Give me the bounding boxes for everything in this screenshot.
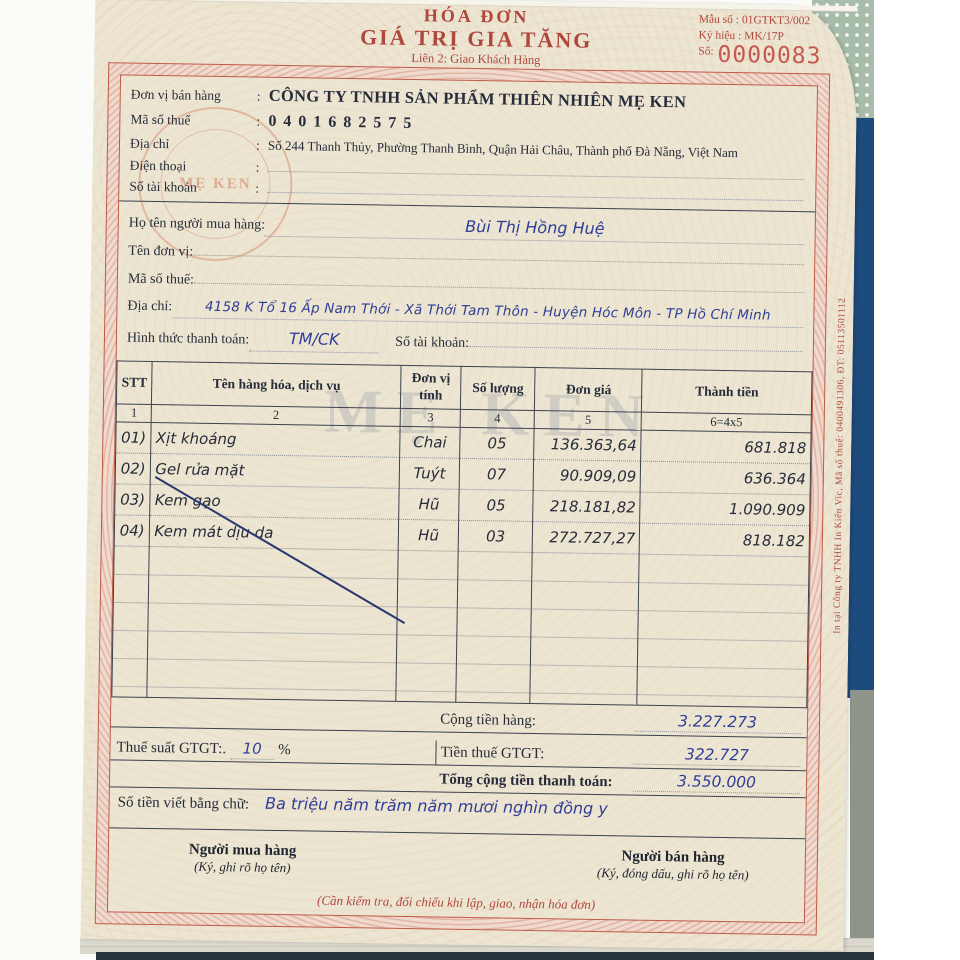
buyer-address-handwritten: 4158 K Tổ 16 Ấp Nam Thới - Xã Thới Tam T… <box>205 299 771 324</box>
colon: : <box>255 156 267 178</box>
buyer-signature-title: Người mua hàng <box>189 842 297 861</box>
table-surface-strip <box>96 952 874 960</box>
seller-phone-label: Điện thoại <box>130 154 256 178</box>
seller-tax-code: 0401682575 <box>268 109 418 137</box>
invoice-frame-inner: MẸ KEN MẸ KEN Đơn vị bán hàng : CÔNG TY … <box>107 74 818 923</box>
signature-section: Người mua hàng (Ký, ghi rõ họ tên) Người… <box>109 829 806 885</box>
item-unit: Chai <box>400 427 460 459</box>
item-unit: Hũ <box>399 489 459 521</box>
amount-in-words-label: Số tiền viết bằng chữ: <box>118 795 250 814</box>
empty-rows-area <box>112 546 809 708</box>
payment-method-handwritten: TM/CK <box>289 329 340 349</box>
seller-section: Đơn vị bán hàng : CÔNG TY TNHH SẢN PHẨM … <box>119 75 817 212</box>
seller-tax-label: Mã số thuế <box>130 109 256 133</box>
empty-cell <box>530 553 639 706</box>
empty-cell <box>637 554 809 708</box>
empty-cell <box>396 551 458 703</box>
item-quantity: 03 <box>458 521 533 553</box>
item-stt: 03) <box>115 484 151 516</box>
index-cell: 5 <box>534 411 641 431</box>
invoice-number-line: Số: 0000083 <box>698 44 822 69</box>
line-items-table: STT Tên hàng hóa, dịch vụ Đơn vị tính Số… <box>111 361 812 709</box>
footer-note: (Cần kiểm tra, đối chiếu khi lập, giao, … <box>108 889 804 922</box>
invoice-number-label: Số: <box>698 44 714 60</box>
form-number-value: 01GTKT3/002 <box>742 14 811 27</box>
item-amount: 636.364 <box>640 461 810 495</box>
item-quantity: 05 <box>459 490 534 522</box>
item-amount: 681.818 <box>641 430 811 464</box>
col-header-amount: Thành tiền <box>642 370 812 415</box>
colon: : <box>256 111 268 133</box>
amount-in-words-handwritten: Ba triệu năm trăm năm mươi nghìn đồng y <box>265 794 608 818</box>
item-stt: 01) <box>116 422 152 454</box>
subtotal-value-line: 3.227.273 <box>634 712 801 735</box>
item-unit-price: 218.181,82 <box>533 491 640 524</box>
col-header-quantity: Số lượng <box>460 367 535 411</box>
item-unit: Tuýt <box>399 458 459 490</box>
tax-rate-label: Thuế suất GTGT:. <box>116 740 226 759</box>
colon: : <box>255 178 267 200</box>
grand-total-label: Tổng cộng tiền thanh toán: <box>435 770 633 795</box>
buyer-company-blank <box>193 255 804 266</box>
payment-method-line: TM/CK <box>249 327 379 354</box>
index-cell: 1 <box>116 404 152 423</box>
empty-cell <box>456 552 533 704</box>
subtotal-value-handwritten: 3.227.273 <box>678 712 757 731</box>
tax-rate-line: 10 <box>230 739 274 760</box>
buyer-tax-blank <box>194 282 804 293</box>
empty-cell <box>147 547 398 702</box>
item-quantity: 07 <box>459 459 534 491</box>
serial-value: MK/17P <box>744 30 784 43</box>
buyer-signature-block: Người mua hàng (Ký, ghi rõ họ tên) <box>189 842 297 877</box>
item-unit-price: 272.727,27 <box>533 522 640 555</box>
buyer-section: Họ tên người mua hàng: Bùi Thị Hồng Huệ … <box>117 201 815 371</box>
item-description: Gel rửa mặt <box>151 454 400 489</box>
subtotal-label: Cộng tiền hàng: <box>436 710 634 735</box>
colon: : <box>257 86 269 108</box>
invoice-sheet: HÓA ĐƠN GIÁ TRỊ GIA TĂNG Liên 2: Giao Kh… <box>81 0 859 951</box>
buyer-account-label: Số tài khoản: <box>395 333 469 354</box>
payment-method-label: Hình thức thanh toán: <box>127 329 250 351</box>
buyer-name-label: Họ tên người mua hàng: <box>129 214 266 236</box>
printer-info-vertical-text: In tại Công ty TNHH In Kiến Vic, Mã số t… <box>832 246 849 686</box>
buyer-company-row: Tên đơn vị: <box>128 242 804 273</box>
payment-method-row: Hình thức thanh toán: TM/CK Số tài khoản… <box>127 325 803 361</box>
invoice-photo: HÓA ĐƠN GIÁ TRỊ GIA TĂNG Liên 2: Giao Kh… <box>0 0 874 960</box>
tax-value-handwritten: 322.727 <box>685 746 749 765</box>
buyer-address-label: Địa chỉ: <box>127 296 172 317</box>
tax-amount-label: Tiền thuế GTGT: <box>436 743 633 768</box>
item-amount: 818.182 <box>640 523 810 557</box>
buyer-tax-label: Mã số thuế: <box>128 269 194 290</box>
item-stt: 02) <box>115 453 151 485</box>
item-unit-price: 136.363,64 <box>534 429 641 462</box>
seller-address-label: Địa chỉ <box>130 133 256 157</box>
item-description: Xịt khoáng <box>151 423 400 458</box>
index-cell: 3 <box>400 409 460 428</box>
item-amount: 1.090.909 <box>640 492 810 526</box>
col-header-unit-price: Đơn giá <box>535 368 643 412</box>
tax-value-line: 322.727 <box>633 745 800 768</box>
seller-name-label: Đơn vị bán hàng <box>131 84 257 108</box>
invoice-frame: MẸ KEN MẸ KEN Đơn vị bán hàng : CÔNG TY … <box>95 62 830 935</box>
percent-sign: % <box>278 742 291 759</box>
grand-total-value-handwritten: 3.550.000 <box>677 772 756 791</box>
form-number-label: Mẫu số : <box>699 14 739 27</box>
invoice-number-value: 0000083 <box>717 44 821 69</box>
index-cell: 4 <box>460 410 535 429</box>
buyer-company-label: Tên đơn vị: <box>128 242 193 263</box>
invoice-meta-block: Mẫu số : 01GTKT3/002 Ký hiệu : MK/17P Số… <box>698 12 822 69</box>
buyer-account-blank <box>469 346 803 352</box>
buyer-tax-row: Mã số thuế: <box>128 269 804 300</box>
buyer-name-row: Họ tên người mua hàng: Bùi Thị Hồng Huệ <box>129 210 805 246</box>
buyer-signature-subtitle: (Ký, ghi rõ họ tên) <box>189 859 297 877</box>
seller-signature-subtitle: (Ký, đóng dấu, ghi rõ họ tên) <box>597 865 749 883</box>
form-number-line: Mẫu số : 01GTKT3/002 <box>699 12 823 30</box>
buyer-name-line: Bùi Thị Hồng Huệ <box>265 212 805 246</box>
item-unit-price: 90.909,09 <box>533 460 640 493</box>
col-header-description: Tên hàng hóa, dịch vụ <box>152 362 401 409</box>
grand-total-value-line: 3.550.000 <box>633 772 800 795</box>
buyer-address-row: Địa chỉ: 4158 K Tổ 16 Ấp Nam Thới - Xã T… <box>127 296 803 328</box>
background-fabric-gray <box>850 690 874 960</box>
colon: : <box>256 135 268 157</box>
empty-cell <box>112 546 150 698</box>
tax-rate-cell: Thuế suất GTGT:. 10 % <box>110 736 437 765</box>
tax-rate-handwritten: 10 <box>242 740 261 758</box>
item-unit: Hũ <box>398 520 458 552</box>
item-quantity: 05 <box>460 428 535 460</box>
seller-signature-block: Người bán hàng (Ký, đóng dấu, ghi rõ họ … <box>597 848 749 883</box>
col-header-stt: STT <box>116 361 152 404</box>
serial-label: Ký hiệu : <box>698 30 741 43</box>
item-stt: 04) <box>114 515 150 547</box>
col-header-unit: Đơn vị tính <box>401 366 461 410</box>
buyer-name-handwritten: Bùi Thị Hồng Huệ <box>465 217 605 238</box>
seller-account-label: Số tài khoản <box>129 176 255 200</box>
buyer-address-line: 4158 K Tổ 16 Ấp Nam Thới - Xã Thới Tam T… <box>172 297 804 328</box>
item-description: Kem gạo <box>150 485 399 520</box>
